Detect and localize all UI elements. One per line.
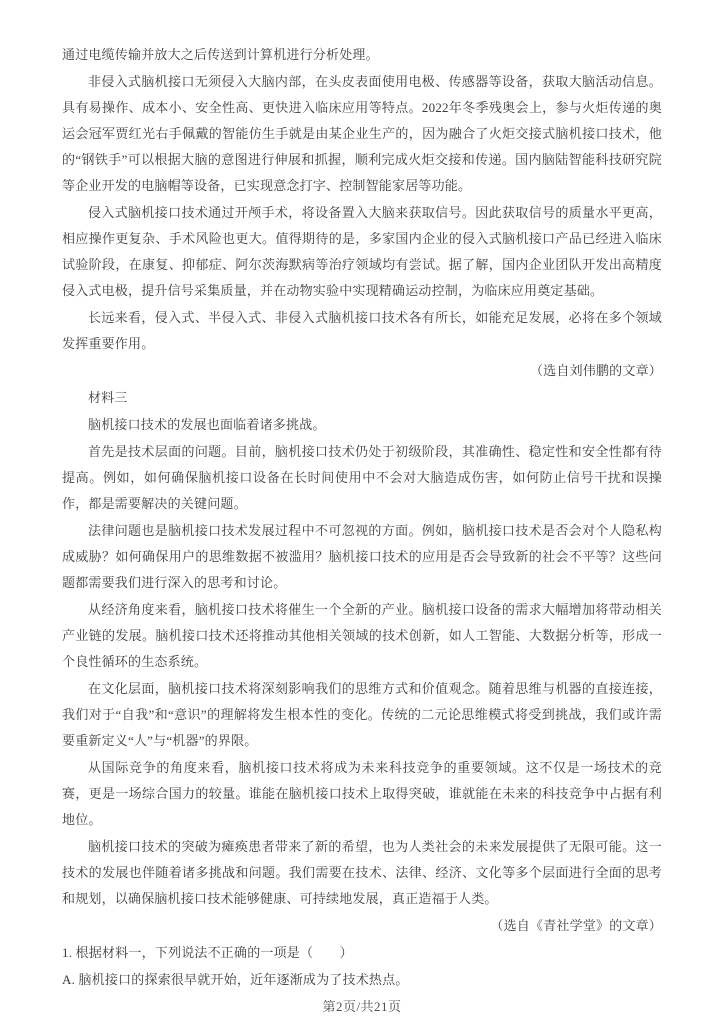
source-attribution: （选自《青社学堂》的文章） (62, 913, 662, 939)
doc-paragraph: 通过电缆传输并放大之后传送到计算机进行分析处理。 (62, 42, 662, 68)
document-page: 通过电缆传输并放大之后传送到计算机进行分析处理。 非侵入式脑机接口无须侵入大脑内… (0, 0, 724, 1024)
doc-paragraph: 脑机接口技术的发展也面临着诸多挑战。 (62, 412, 662, 438)
option-a: A. 脑机接口的探索很早就开始，近年逐渐成为了技术热点。 (62, 967, 662, 993)
doc-paragraph: 非侵入式脑机接口无须侵入大脑内部，在头皮表面使用电极、传感器等设备，获取大脑活动… (62, 69, 662, 199)
page-number-footer: 第2页/共21页 (0, 996, 724, 1015)
doc-paragraph: 侵入式脑机接口技术通过开颅手术，将设备置入大脑来获取信号。因此获取信号的质量水平… (62, 200, 662, 304)
material-3-heading: 材料三 (62, 385, 662, 411)
doc-paragraph: 从经济角度来看，脑机接口技术将催生一个全新的产业。脑机接口设备的需求大幅增加将带… (62, 597, 662, 675)
doc-paragraph: 在文化层面，脑机接口技术将深刻影响我们的思维方式和价值观念。随着思维与机器的直接… (62, 676, 662, 754)
doc-paragraph: 首先是技术层面的问题。目前，脑机接口技术仍处于初级阶段，其准确性、稳定性和安全性… (62, 439, 662, 517)
doc-paragraph: 脑机接口技术的突破为瘫痪患者带来了新的希望，也为人类社会的未来发展提供了无限可能… (62, 834, 662, 912)
doc-paragraph: 法律问题也是脑机接口技术发展过程中不可忽视的方面。例如，脑机接口技术是否会对个人… (62, 518, 662, 596)
source-attribution: （选自刘伟鹏的文章） (62, 358, 662, 384)
document-body: 通过电缆传输并放大之后传送到计算机进行分析处理。 非侵入式脑机接口无须侵入大脑内… (62, 42, 662, 994)
question-1: 1. 根据材料一，下列说法不正确的一项是（ ） (62, 940, 662, 966)
doc-paragraph: 从国际竞争的角度来看，脑机接口技术将成为未来科技竞争的重要领域。这不仅是一场技术… (62, 755, 662, 833)
doc-paragraph: 长远来看，侵入式、半侵入式、非侵入式脑机接口技术各有所长，如能充足发展，必将在多… (62, 305, 662, 357)
